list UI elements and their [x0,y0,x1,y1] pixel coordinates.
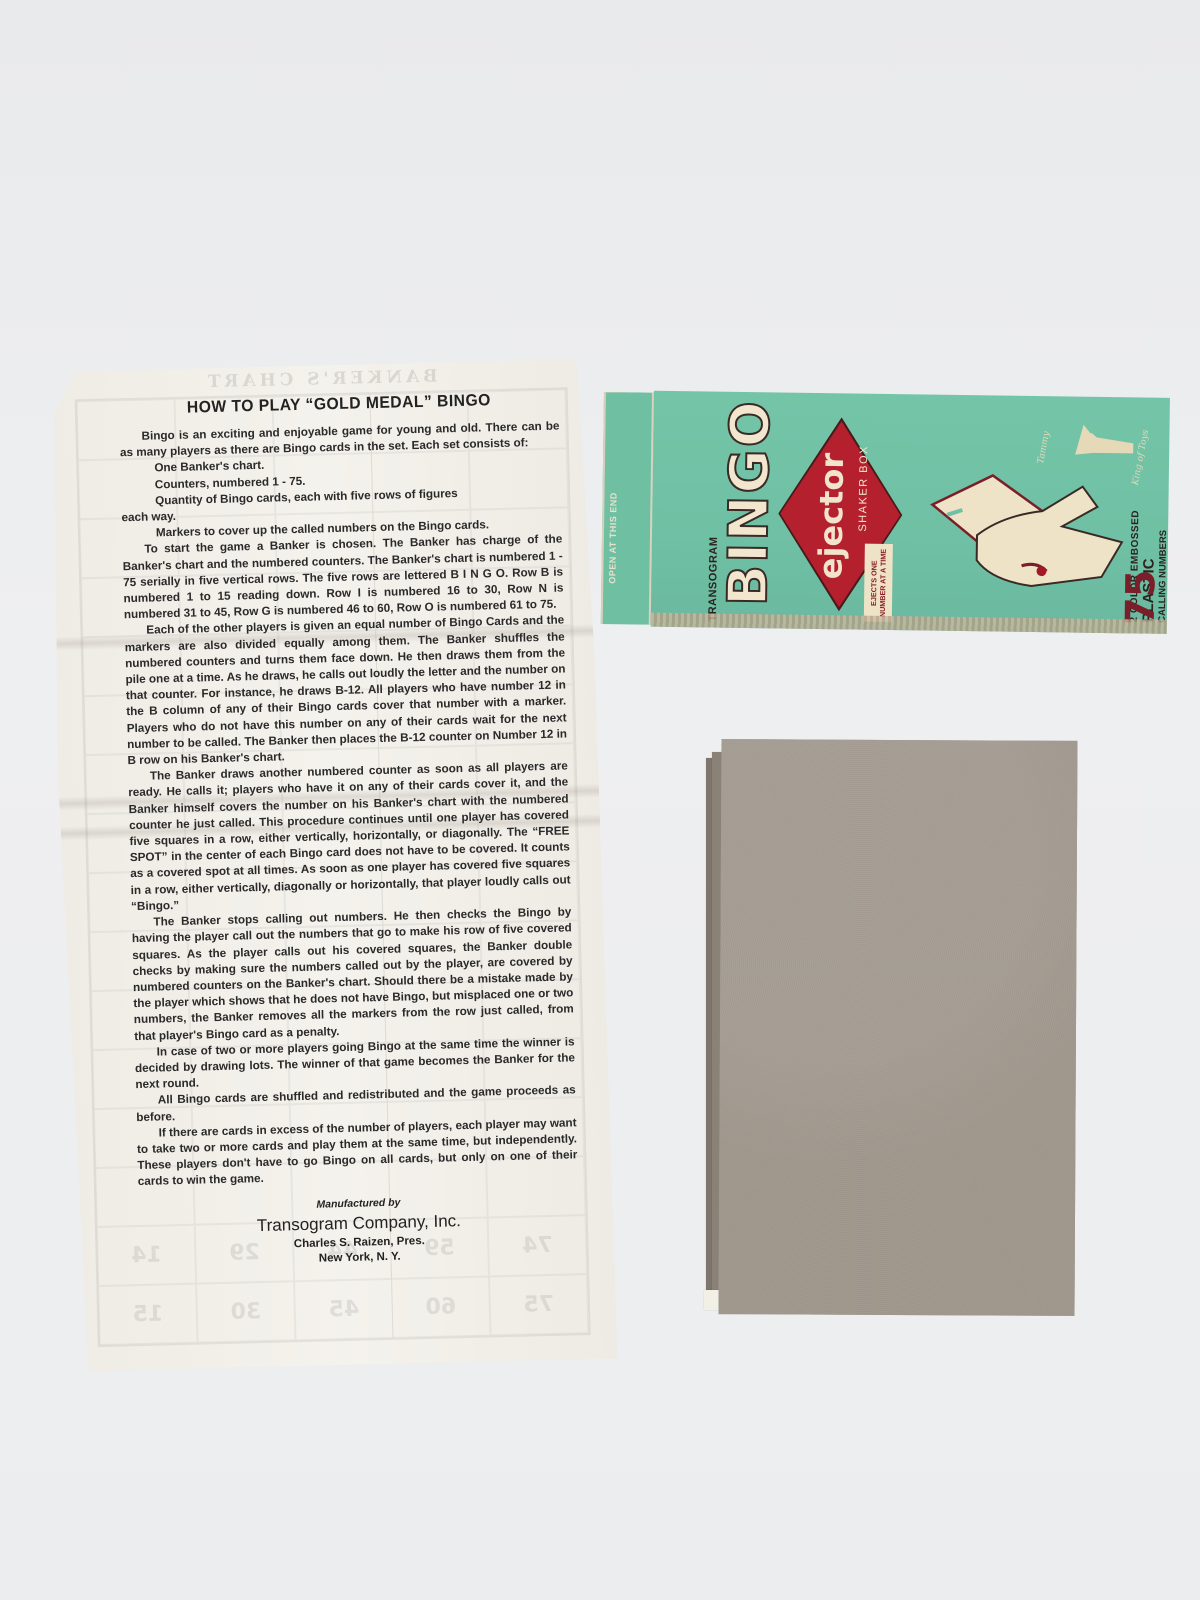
bingo-shaker-box: OPEN AT THIS END TRANSOGRAM BINGO ejecto… [601,390,1170,636]
rules-paragraph: To start the game a Banker is chosen. Th… [122,532,564,624]
sheet-title: HOW TO PLAY “GOLD MEDAL” BINGO [130,390,548,419]
box-bottom-edge [651,613,1167,634]
rules-text: Bingo is an exciting and enjoyable game … [119,419,577,1191]
open-end-label: OPEN AT THIS END [607,493,618,585]
ejects-one-tag: EJECTS ONENUMBER AT A TIME [864,544,893,622]
mascot-left-text: Tammy [1036,430,1052,465]
ejector-logo: ejector [811,441,851,592]
rules-paragraph: Each of the other players is given an eq… [124,613,567,770]
reverse-chart-cell: 15 [98,1284,197,1345]
box-end-flap: OPEN AT THIS END [601,392,654,625]
reverse-chart-cell: 75 [489,1274,588,1335]
shaker-box-label: SHAKER BOX [857,434,871,544]
instruction-sheet: BANKER'S CHART 14294459741530456075 HOW … [48,359,617,1372]
reverse-chart-cell: 60 [392,1276,491,1337]
rules-paragraph: If there are cards in excess of the numb… [136,1115,577,1191]
rules-paragraph: The Banker draws another numbered counte… [128,759,571,916]
reverse-chart-cell: 30 [196,1281,295,1342]
sheet-content: HOW TO PLAY “GOLD MEDAL” BINGO Bingo is … [119,390,580,1269]
number-count: 75 [1121,569,1162,625]
bingo-logo: BINGO [717,398,782,609]
box-front: TRANSOGRAM BINGO ejector SHAKER BOX EJEC… [651,391,1170,634]
reverse-chart-cell: 45 [294,1279,393,1340]
rules-paragraph: The Banker stops calling out numbers. He… [131,904,574,1044]
manufacturer-block: Manufactured by Transogram Company, Inc.… [138,1192,579,1269]
ejects-tag-text: EJECTS ONENUMBER AT A TIME [869,549,888,617]
bingo-card-stack [718,739,1077,1316]
